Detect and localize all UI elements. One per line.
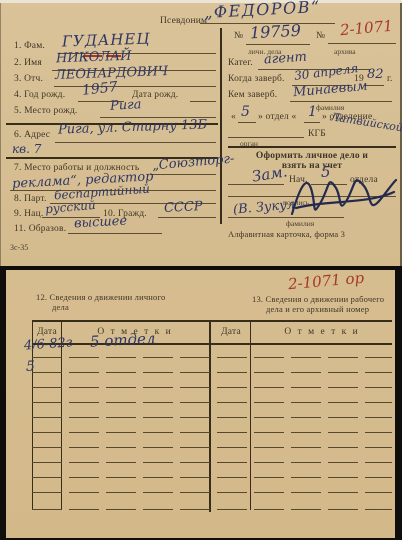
otdel-label: » отдел « [258, 112, 297, 122]
file-no-sign: № [234, 31, 243, 41]
date-column-header-2: Дата [211, 327, 251, 337]
pseudonym-label: Псевдоним [160, 16, 207, 26]
nationality-value: русский [45, 199, 97, 215]
party-label: 8. Парт. [14, 194, 47, 204]
nationality-label: 9. Нац. [14, 209, 43, 219]
recruited-when-label: Когда заверб. [228, 74, 285, 84]
form-name: Алфавитная карточка, форма 3 [228, 229, 345, 239]
archive-number-red: 2-1071 [339, 19, 393, 39]
recruited-by-value: Минаевым [293, 80, 368, 99]
table-row [32, 447, 392, 448]
education-value: высшее [74, 215, 128, 231]
table-row [32, 462, 392, 463]
otdel-value: 5 [241, 105, 250, 119]
table-row [32, 492, 392, 493]
recruited-by-label: Кем заверб. [228, 90, 277, 100]
movement-card-back: 2-1071 ор 12. Сведения о движении личног… [0, 266, 402, 540]
familia-handwritten: (В. Зукул [233, 198, 296, 216]
table-row [32, 387, 392, 388]
column-divider [220, 28, 222, 224]
birthplace-value: Рига [110, 98, 142, 113]
address-apartment: кв. 7 [12, 143, 41, 155]
alphabet-card-front: Псевдоним „ФЕДОРОВ“ 2-1071 № 19759 № лич… [0, 0, 402, 266]
address-value: Рига, ул. Стирну 13Б [58, 118, 207, 136]
table-row [32, 509, 392, 510]
otdelenie-value: 1 [308, 105, 317, 119]
table-row [32, 372, 392, 373]
movement-card-surface: 2-1071 ор 12. Сведения о движении личног… [6, 270, 395, 538]
birthyear-label: 4. Год рожд. [14, 90, 65, 100]
table-row [32, 477, 392, 478]
movement-entry-mark: 5 отдел [90, 331, 156, 349]
workplace-value-1: „Союзторг- [152, 152, 235, 172]
table-row [32, 432, 392, 433]
archive-card-scan: Псевдоним „ФЕДОРОВ“ 2-1071 № 19759 № лич… [0, 0, 402, 540]
kgb-label: КГБ [308, 129, 326, 139]
signature-scrawl [288, 170, 400, 222]
section12-title-line2: дела [52, 302, 69, 312]
category-value: агент [264, 51, 308, 67]
firstname-label: 2. Имя [14, 58, 42, 68]
table-vline-middle [209, 320, 211, 512]
archive-label: архива [334, 47, 356, 56]
section12-title-line1: 12. Сведения о движении личного [36, 292, 165, 302]
citizenship-value: СССР [164, 200, 203, 215]
section13-title-line2: дела и его архивный номер [266, 304, 369, 314]
table-row [32, 402, 392, 403]
personal-file-number: 19759 [250, 23, 302, 42]
surname-label: 1. Фам. [14, 41, 45, 51]
table-header-rule [32, 343, 392, 345]
marks-column-header-2: О т м е т к и [252, 327, 392, 337]
movement-entry-date: 4/6-82г [24, 336, 73, 352]
address-label: 6. Адрес [14, 130, 50, 140]
table-vline-date2 [250, 320, 251, 510]
archive-number-red-2: 2-1071 ор [287, 271, 364, 293]
firstname-value: НИКОЛАЙ [56, 50, 132, 66]
education-label: 11. Образов. [14, 224, 66, 234]
pseudonym-value: „ФЕДОРОВ“ [204, 0, 321, 21]
birthyear-value: 1957 [81, 80, 118, 98]
print-code: Зс-35 [10, 243, 28, 252]
category-label: Катег. [228, 58, 253, 68]
year-value: 82 [367, 68, 384, 81]
register-instruction-line1: Оформить личное дело и [228, 151, 396, 161]
recruited-when-value: 30 апреля [294, 62, 359, 82]
otdel-quote-open: « [231, 112, 236, 122]
table-row [32, 417, 392, 418]
movement-stray-mark: 5 [26, 360, 35, 374]
deputy-handwritten: Зам. [251, 164, 288, 184]
archive-no-sign: № [316, 31, 325, 41]
table-top-rule [32, 320, 392, 322]
kgb-organ-value: Латвийской ССР [330, 111, 402, 138]
section13-title-line1: 13. Сведения о движении рабочего [252, 294, 384, 304]
surname-value: ГУДАНЕЦ [62, 31, 151, 49]
table-row [32, 357, 392, 358]
birthplace-label: 5. Место рожд. [14, 106, 77, 116]
patronymic-label: 3. Отч. [14, 74, 43, 84]
year-suffix: г. [387, 74, 393, 84]
